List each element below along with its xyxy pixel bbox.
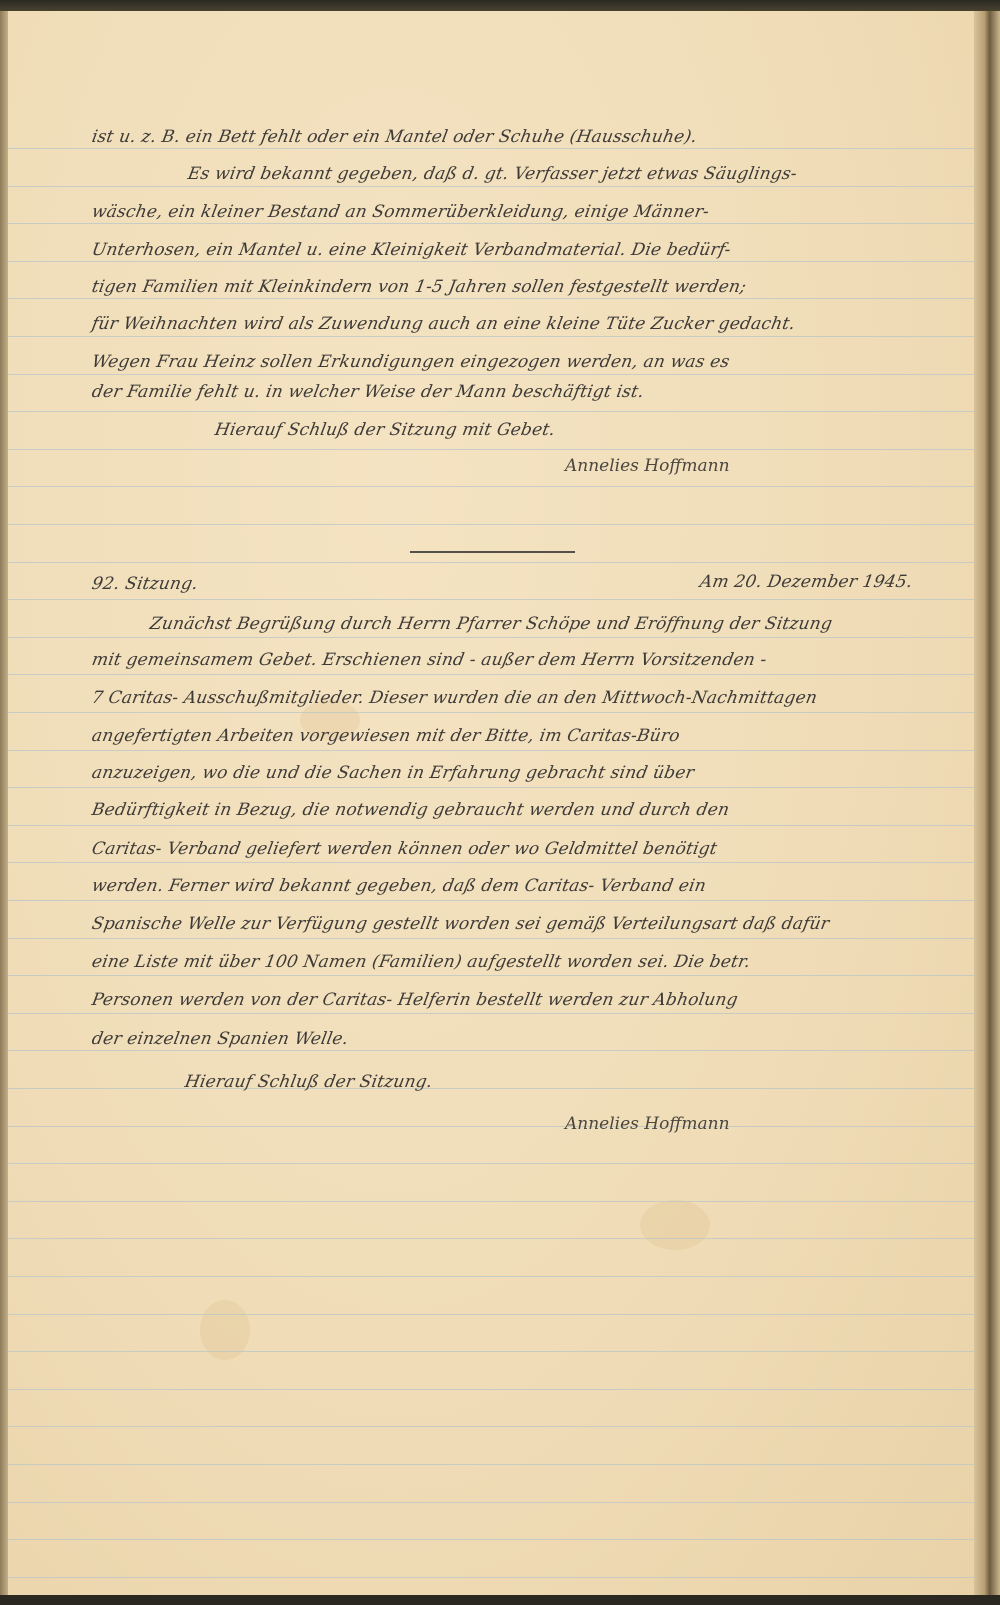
ruled-line [8, 411, 974, 412]
ruled-line [8, 637, 974, 638]
ruled-line [8, 750, 974, 751]
text-line: Es wird bekannt gegeben, daß d. gt. Verf… [186, 164, 798, 184]
section-separator [410, 551, 575, 553]
ruled-line [8, 1389, 974, 1390]
ruled-line [8, 1502, 974, 1503]
section-date: Am 20. Dezember 1945. [698, 572, 914, 592]
text-line: 7 Caritas- Ausschußmitglieder. Dieser wu… [90, 688, 819, 708]
ruled-line [8, 261, 974, 262]
closing-line: Hierauf Schluß der Sitzung. [183, 1072, 434, 1092]
ruled-line [8, 1276, 974, 1277]
ruled-line [8, 862, 974, 863]
text-line: für Weihnachten wird als Zuwendung auch … [90, 314, 797, 334]
ruled-line [8, 1201, 974, 1202]
ruled-line [8, 787, 974, 788]
paper-stain [640, 1200, 710, 1250]
ruled-line [8, 336, 974, 337]
ruled-line [8, 674, 974, 675]
book-page-edges-right [974, 11, 1000, 1595]
ruled-line [8, 1088, 974, 1089]
ruled-line [8, 148, 974, 149]
ruled-line [8, 524, 974, 525]
text-line: der Familie fehlt u. in welcher Weise de… [90, 382, 645, 402]
text-line: Wegen Frau Heinz sollen Erkundigungen ei… [90, 352, 731, 372]
signature: Annelies Hoffmann [565, 456, 730, 476]
text-line: anzuzeigen, wo die und die Sachen in Erf… [90, 763, 695, 783]
ruled-line [8, 298, 974, 299]
ruled-line [8, 1577, 974, 1578]
ruled-line [8, 374, 974, 375]
ruled-line [8, 1426, 974, 1427]
section-heading: 92. Sitzung. [90, 574, 199, 594]
text-line: tigen Familien mit Kleinkindern von 1-5 … [90, 277, 748, 297]
ruled-line [8, 1163, 974, 1164]
text-line: angefertigten Arbeiten vorgewiesen mit d… [90, 726, 681, 746]
ruled-line [8, 1464, 974, 1465]
ruled-line [8, 1126, 974, 1127]
ruled-line [8, 1351, 974, 1352]
closing-line: Hierauf Schluß der Sitzung mit Gebet. [213, 420, 557, 440]
ruled-line [8, 1013, 974, 1014]
ruled-line [8, 1314, 974, 1315]
text-line: wäsche, ein kleiner Bestand an Sommerübe… [90, 202, 711, 222]
text-line: Unterhosen, ein Mantel u. eine Kleinigke… [90, 240, 732, 260]
ruled-line [8, 825, 974, 826]
signature: Annelies Hoffmann [565, 1114, 730, 1134]
ruled-line [8, 1238, 974, 1239]
text-line: der einzelnen Spanien Welle. [90, 1029, 350, 1049]
text-line: Personen werden von der Caritas- Helferi… [90, 990, 739, 1010]
ruled-line [8, 1050, 974, 1051]
book-bottom-edge [0, 1595, 1000, 1605]
ruled-line [8, 900, 974, 901]
text-line: Zunächst Begrüßung durch Herrn Pfarrer S… [148, 614, 834, 634]
ruled-line [8, 1539, 974, 1540]
ruled-line [8, 562, 974, 563]
ruled-line [8, 938, 974, 939]
ruled-line [8, 186, 974, 187]
text-line: werden. Ferner wird bekannt gegeben, daß… [90, 876, 707, 896]
ruled-line [8, 712, 974, 713]
text-line: ist u. z. B. ein Bett fehlt oder ein Man… [90, 127, 698, 147]
text-line: eine Liste mit über 100 Namen (Familien)… [90, 952, 752, 972]
ruled-line [8, 449, 974, 450]
ruled-line [8, 223, 974, 224]
ruled-line [8, 486, 974, 487]
text-line: mit gemeinsamem Gebet. Erschienen sind -… [90, 650, 768, 670]
text-line: Caritas- Verband geliefert werden können… [90, 839, 718, 859]
text-line: Spanische Welle zur Verfügung gestellt w… [90, 914, 831, 934]
text-line: Bedürftigkeit in Bezug, die notwendig ge… [90, 800, 731, 820]
ruled-line [8, 599, 974, 600]
ruled-line [8, 975, 974, 976]
